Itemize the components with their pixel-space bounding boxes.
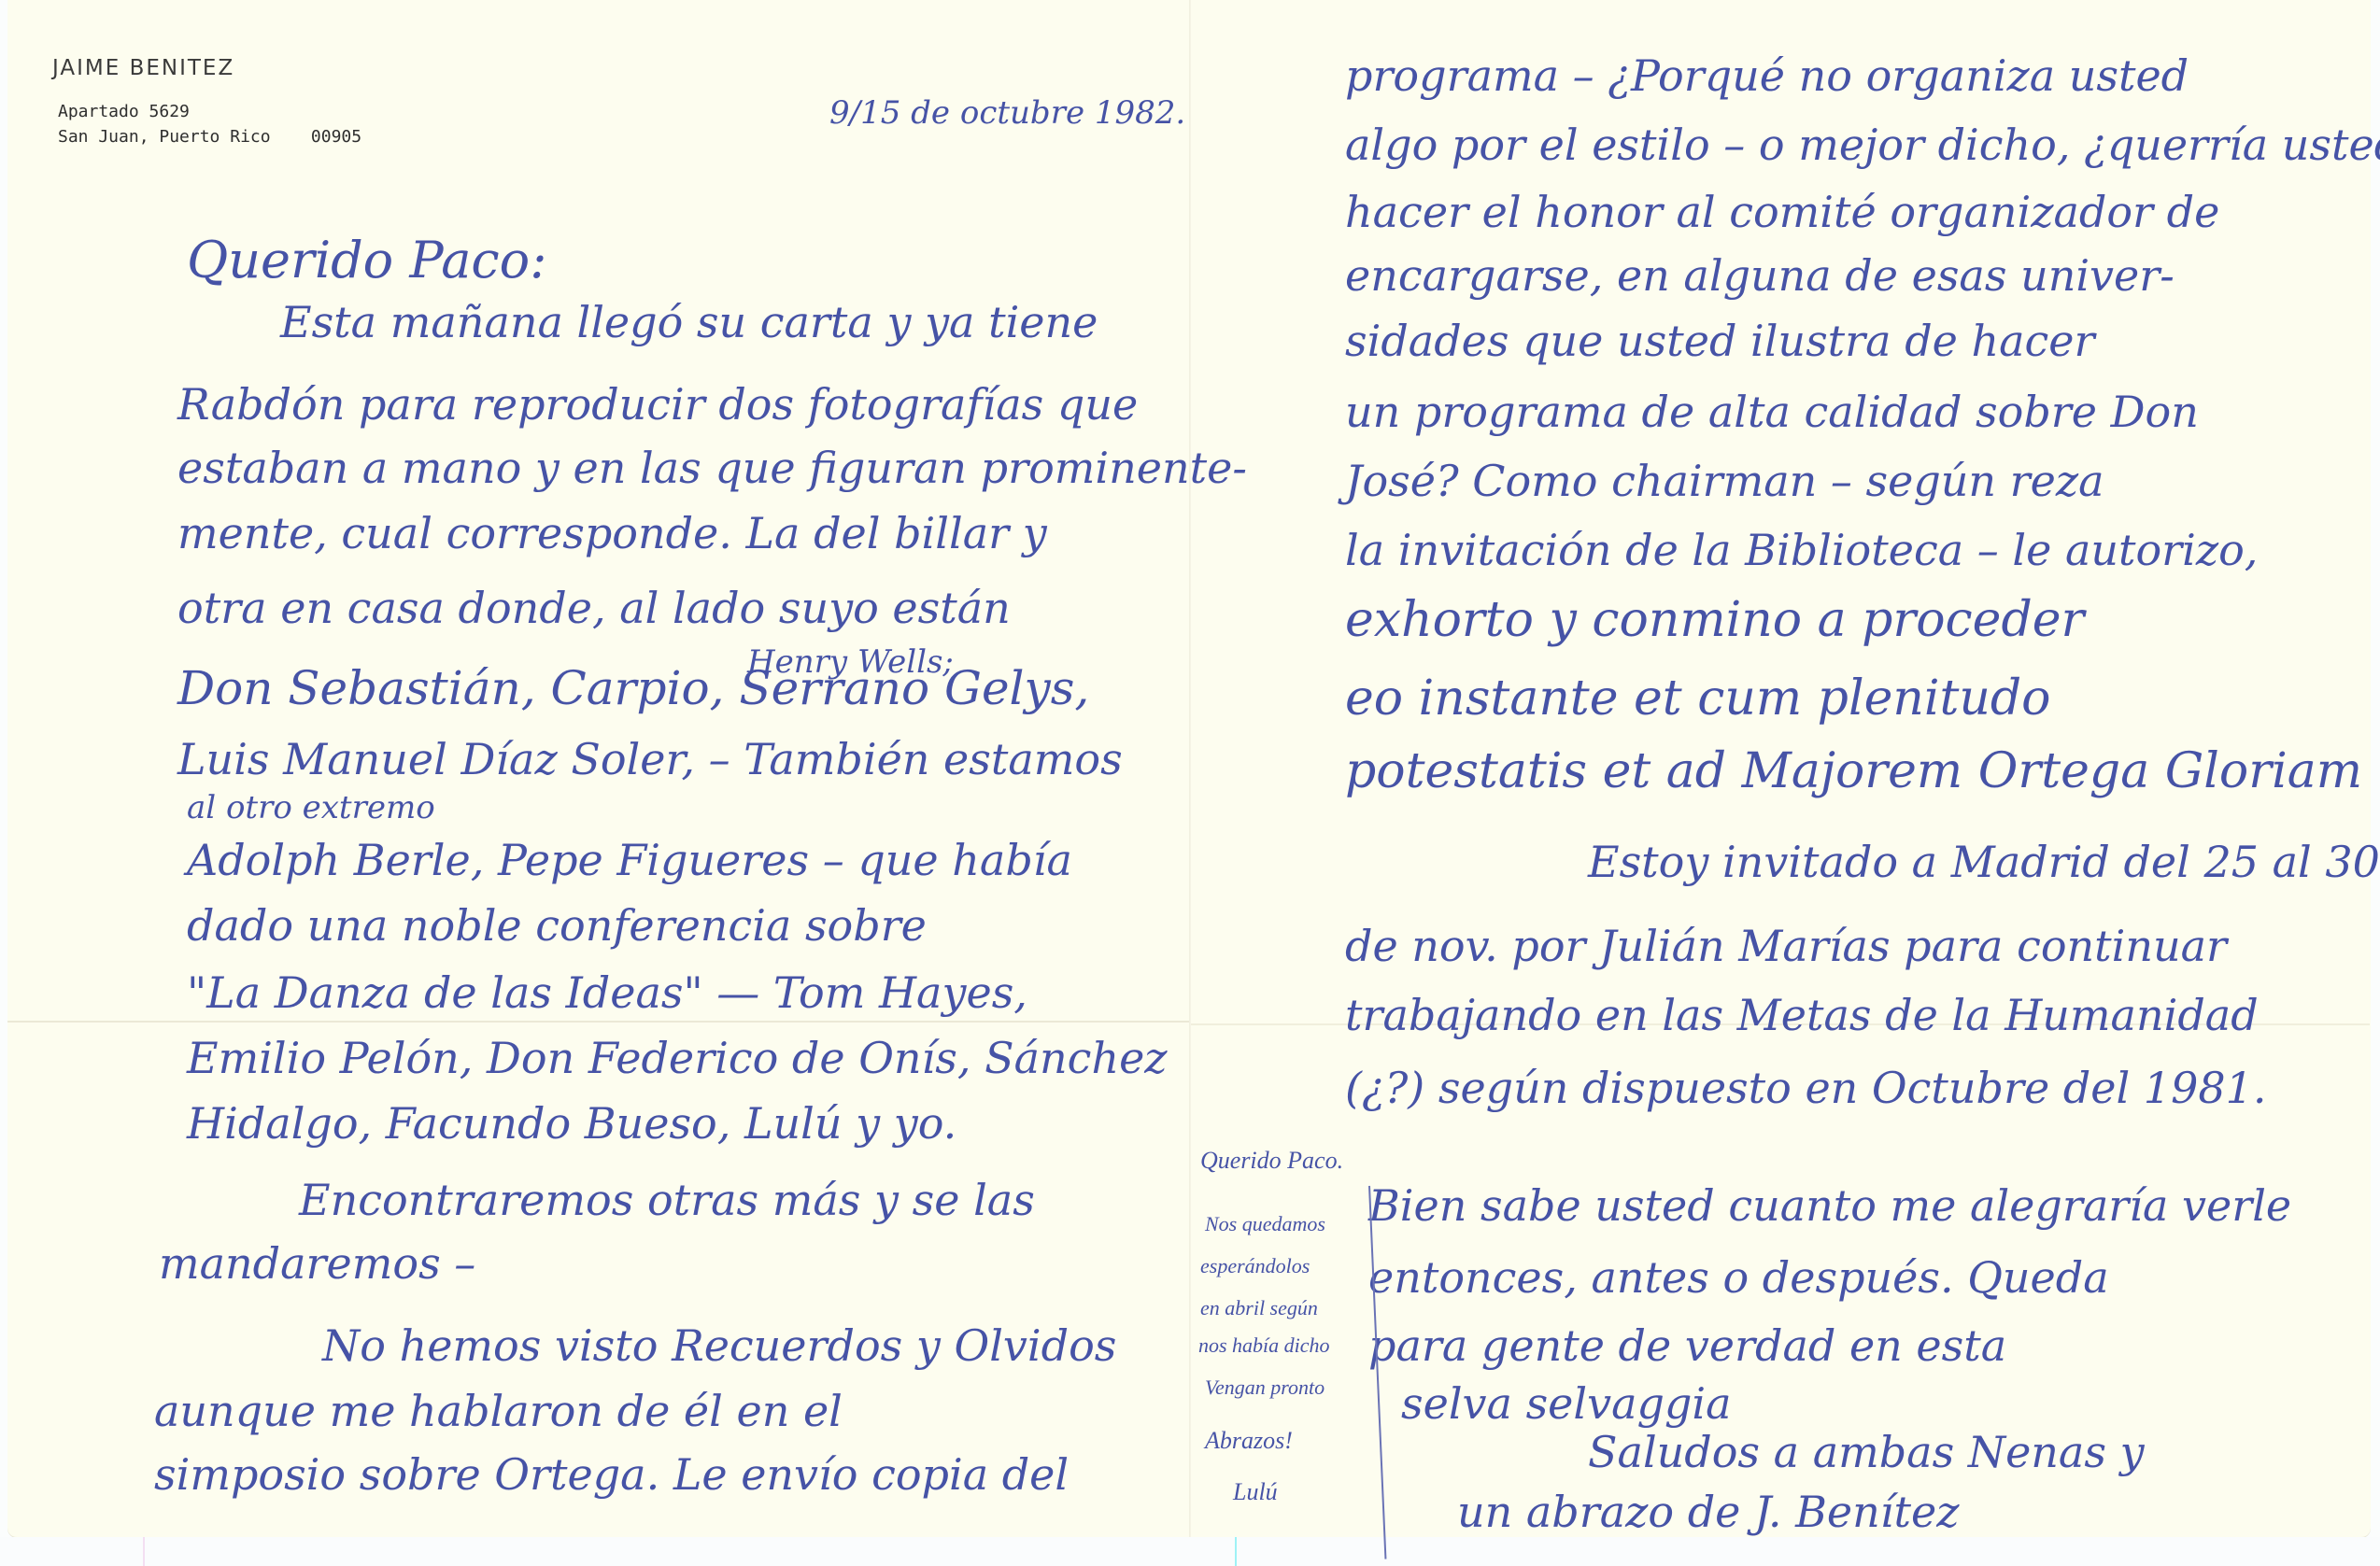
closing-greeting: Saludos a ambas Nenas y: [1588, 1431, 2145, 1474]
right-line: trabajando en las Metas de la Humanidad: [1345, 994, 2259, 1037]
note-line: esperándolos: [1200, 1256, 1310, 1277]
left-line: Adolph Berle, Pepe Figueres – que había: [187, 839, 1072, 882]
right-line: selva selvaggia: [1401, 1382, 1732, 1425]
right-line: encargarse, en alguna de esas univer-: [1345, 254, 2175, 297]
left-line: dado una noble conferencia sobre: [187, 904, 927, 947]
scan-margin: [0, 1537, 2380, 1566]
salutation: Querido Paco:: [187, 235, 546, 286]
right-line: Bien sabe usted cuanto me alegraría verl…: [1368, 1184, 2291, 1227]
right-line: algo por el estilo – o mejor dicho, ¿que…: [1345, 123, 2380, 166]
left-line: Rabdón para reproducir dos fotografías q…: [177, 383, 1138, 426]
left-line-insert: al otro extremo: [187, 792, 435, 824]
note-line: Vengan pronto: [1205, 1377, 1325, 1398]
left-line: No hemos visto Recuerdos y Olvidos: [322, 1324, 1116, 1367]
left-line: Encontraremos otras más y se las: [299, 1178, 1035, 1221]
letterhead-name: JAIME BENITEZ: [52, 56, 234, 80]
left-line: Esta mañana llegó su carta y ya tiene: [280, 301, 1098, 344]
right-line: potestatis et ad Majorem Ortega Gloriam: [1345, 747, 2362, 796]
right-line: José? Como chairman – según reza: [1345, 459, 2104, 502]
right-line: la invitación de la Biblioteca – le auto…: [1345, 529, 2258, 571]
note-line: en abril según: [1200, 1298, 1318, 1319]
right-line: programa – ¿Porqué no organiza usted: [1345, 54, 2189, 97]
scan-artifact: [143, 1537, 145, 1566]
note-line: Nos quedamos: [1205, 1214, 1325, 1234]
signature: un abrazo de J. Benítez: [1457, 1490, 1959, 1533]
right-line: un programa de alta calidad sobre Don: [1345, 390, 2199, 433]
left-line: simposio sobre Ortega. Le envío copia de…: [154, 1453, 1069, 1496]
right-line: hacer el honor al comité organizador de: [1345, 190, 2219, 233]
right-line: (¿?) según dispuesto en Octubre del 1981…: [1345, 1066, 2266, 1109]
right-line: de nov. por Julián Marías para continuar: [1345, 924, 2227, 967]
right-line: para gente de verdad en esta: [1368, 1324, 2006, 1367]
letter-date: 9/15 de octubre 1982.: [829, 97, 1185, 129]
left-line-insert: Henry Wells;: [747, 646, 954, 678]
right-line: Estoy invitado a Madrid del 25 al 30: [1588, 840, 2380, 883]
left-line: aunque me hablaron de él en el: [154, 1390, 843, 1432]
right-line: entonces, antes o después. Queda: [1368, 1256, 2109, 1299]
left-line: Hidalgo, Facundo Bueso, Lulú y yo.: [187, 1102, 956, 1145]
left-line: "La Danza de las Ideas" — Tom Hayes,: [187, 971, 1027, 1014]
note-line: Abrazos!: [1205, 1429, 1293, 1453]
address-line-2: San Juan, Puerto Rico 00905: [58, 127, 361, 147]
center-fold: [1189, 0, 1191, 1537]
left-line: estaban a mano y en las que figuran prom…: [177, 446, 1247, 489]
left-line: mandaremos –: [159, 1242, 475, 1285]
right-line: eo instante et cum plenitudo: [1345, 674, 2050, 723]
left-line: otra en casa donde, al lado suyo están: [177, 586, 1011, 629]
right-line: sidades que usted ilustra de hacer: [1345, 319, 2095, 362]
scan-artifact: [1235, 1537, 1237, 1566]
left-line: Luis Manuel Díaz Soler, – También estamo…: [177, 738, 1123, 781]
horizontal-fold-left: [7, 1021, 1189, 1023]
right-line: exhorto y conmino a proceder: [1345, 596, 2084, 644]
note-signature: Lulú: [1233, 1480, 1278, 1504]
note-line: Querido Paco.: [1200, 1149, 1343, 1173]
address-line-1: Apartado 5629: [58, 102, 190, 121]
note-line: nos había dicho: [1198, 1335, 1330, 1356]
left-line: mente, cual corresponde. La del billar y: [177, 512, 1047, 555]
letterhead-address: Apartado 5629 San Juan, Puerto Rico 0090…: [58, 99, 361, 149]
left-line: Emilio Pelón, Don Federico de Onís, Sánc…: [187, 1037, 1168, 1079]
